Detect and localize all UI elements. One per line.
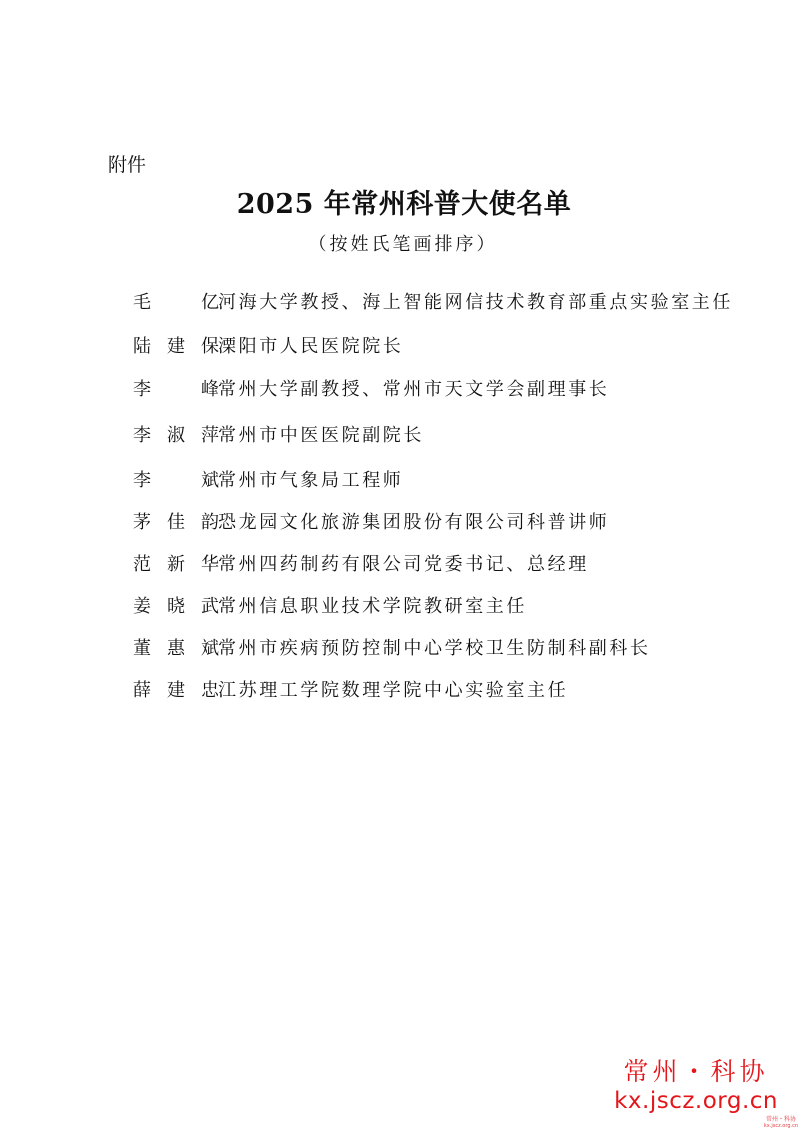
mini-watermark: 常州・科协 kx.jscz.org.cn bbox=[764, 1116, 798, 1129]
person-title: 河海大学教授、海上智能网信技术教育部重点实验室主任 bbox=[218, 288, 733, 314]
person-name: 茅 佳 韵 bbox=[133, 508, 219, 534]
watermark-url: kx.jscz.org.cn bbox=[614, 1087, 778, 1115]
list-item: 陆 建 保 溧阳市人民医院院长 bbox=[133, 332, 219, 358]
site-watermark: 常州・科协 kx.jscz.org.cn bbox=[614, 1057, 778, 1115]
list-item: 董 惠 斌 常州市疾病预防控制中心学校卫生防制科副科长 bbox=[133, 634, 219, 660]
list-item: 薛 建 忠 江苏理工学院数理学院中心实验室主任 bbox=[133, 676, 219, 702]
person-title: 常州信息职业技术学院教研室主任 bbox=[218, 592, 527, 618]
person-title: 恐龙园文化旅游集团股份有限公司科普讲师 bbox=[218, 508, 609, 534]
attachment-label: 附件 bbox=[108, 150, 146, 177]
person-name: 陆 建 保 bbox=[133, 332, 219, 358]
person-name: 董 惠 斌 bbox=[133, 634, 219, 660]
person-name: 薛 建 忠 bbox=[133, 676, 219, 702]
person-title: 溧阳市人民医院院长 bbox=[218, 332, 403, 358]
person-name: 毛 亿 bbox=[133, 288, 219, 314]
person-title: 常州大学副教授、常州市天文学会副理事长 bbox=[218, 375, 609, 401]
list-item: 茅 佳 韵 恐龙园文化旅游集团股份有限公司科普讲师 bbox=[133, 508, 219, 534]
person-name: 姜 晓 武 bbox=[133, 592, 219, 618]
mini-watermark-brand: 常州・科协 bbox=[764, 1116, 798, 1123]
person-name: 李 淑 萍 bbox=[133, 421, 219, 447]
person-title: 江苏理工学院数理学院中心实验室主任 bbox=[218, 676, 568, 702]
list-item: 毛 亿 河海大学教授、海上智能网信技术教育部重点实验室主任 bbox=[133, 288, 219, 314]
list-item: 姜 晓 武 常州信息职业技术学院教研室主任 bbox=[133, 592, 219, 618]
person-name: 李 斌 bbox=[133, 466, 219, 492]
person-title: 常州市气象局工程师 bbox=[218, 466, 403, 492]
list-item: 李 斌 常州市气象局工程师 bbox=[133, 466, 219, 492]
document-title: 2025 年常州科普大使名单 bbox=[0, 182, 800, 221]
list-item: 范 新 华 常州四药制药有限公司党委书记、总经理 bbox=[133, 550, 219, 576]
list-item: 李 淑 萍 常州市中医医院副院长 bbox=[133, 421, 219, 447]
person-name: 范 新 华 bbox=[133, 550, 219, 576]
person-title: 常州市疾病预防控制中心学校卫生防制科副科长 bbox=[218, 634, 651, 660]
person-title: 常州四药制药有限公司党委书记、总经理 bbox=[218, 550, 589, 576]
list-item: 李 峰 常州大学副教授、常州市天文学会副理事长 bbox=[133, 375, 219, 401]
person-title: 常州市中医医院副院长 bbox=[218, 421, 424, 447]
person-name: 李 峰 bbox=[133, 375, 219, 401]
watermark-brand: 常州・科协 bbox=[614, 1057, 778, 1087]
mini-watermark-url: kx.jscz.org.cn bbox=[764, 1123, 798, 1129]
document-subtitle: （按姓氏笔画排序） bbox=[0, 230, 800, 256]
